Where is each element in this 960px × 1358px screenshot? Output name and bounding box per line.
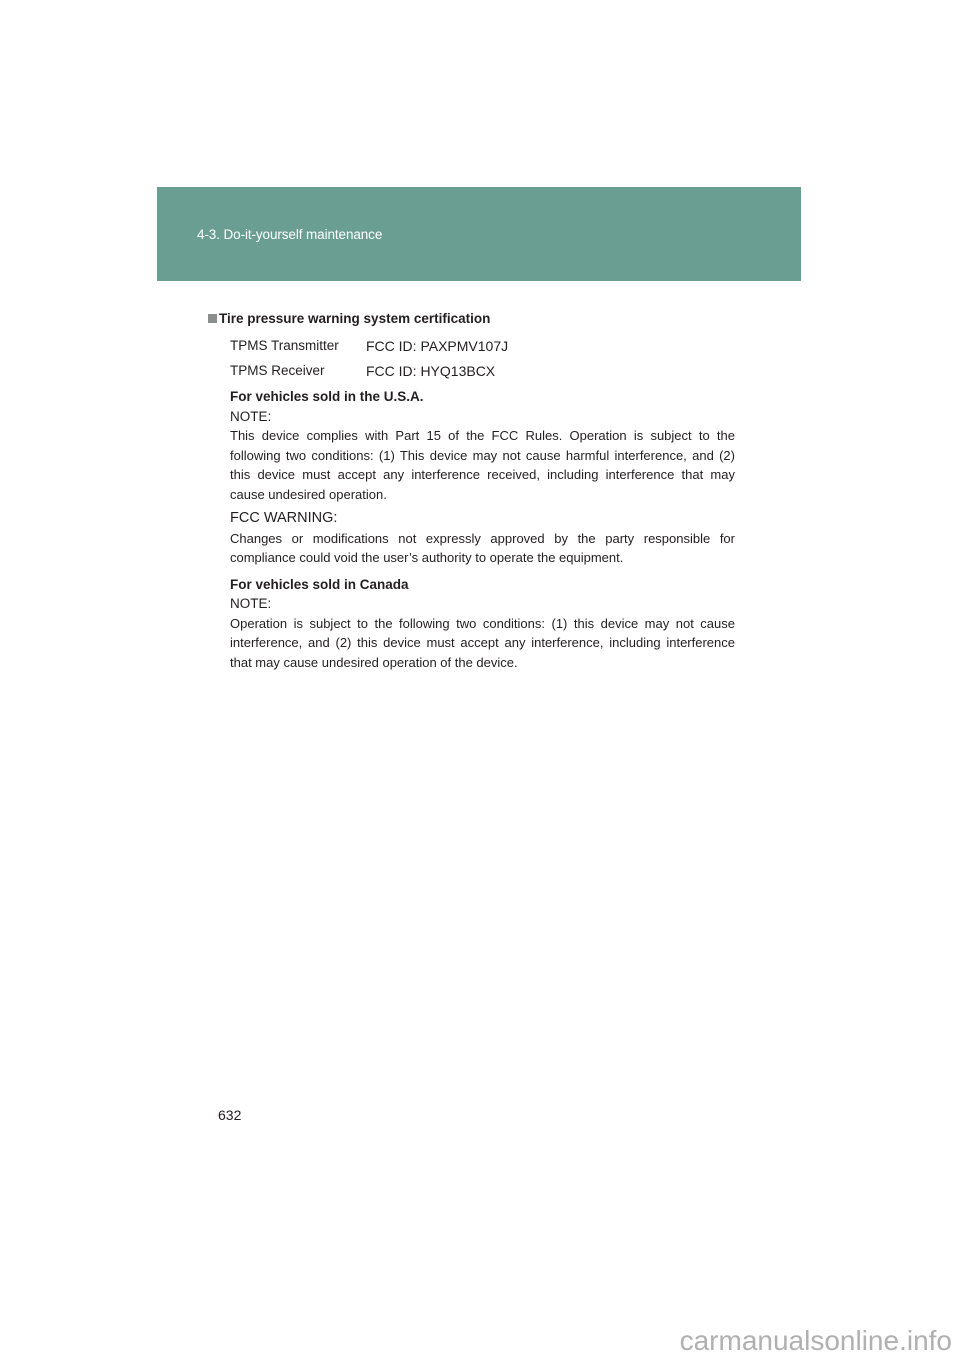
section-title: 4-3. Do-it-yourself maintenance (197, 227, 382, 242)
canada-note-label: NOTE: (230, 594, 735, 614)
page-number: 632 (218, 1107, 241, 1123)
section-header-band: 4-3. Do-it-yourself maintenance (157, 187, 801, 281)
cert-value: FCC ID: HYQ13BCX (366, 362, 495, 380)
fcc-warning-text: Changes or modifications not expressly a… (230, 529, 735, 568)
cert-row-transmitter: TPMS Transmitter FCC ID: PAXPMV107J (219, 337, 735, 355)
cert-label: TPMS Transmitter (230, 337, 366, 355)
canada-block: For vehicles sold in Canada NOTE: Operat… (219, 575, 735, 673)
page-content: Tire pressure warning system certificati… (219, 310, 735, 672)
usa-note-label: NOTE: (230, 407, 735, 427)
usa-block: For vehicles sold in the U.S.A. NOTE: Th… (219, 387, 735, 568)
square-bullet-icon (208, 314, 217, 323)
watermark: carmanualsonline.info (680, 1325, 952, 1357)
fcc-warning-label: FCC WARNING: (230, 509, 735, 529)
section-heading: Tire pressure warning system certificati… (219, 310, 735, 330)
canada-title: For vehicles sold in Canada (230, 575, 735, 595)
usa-note-text: This device complies with Part 15 of the… (230, 426, 735, 504)
cert-value: FCC ID: PAXPMV107J (366, 337, 508, 355)
canada-note-text: Operation is subject to the following tw… (230, 614, 735, 673)
heading-text: Tire pressure warning system certificati… (219, 311, 490, 326)
cert-label: TPMS Receiver (230, 362, 366, 380)
cert-row-receiver: TPMS Receiver FCC ID: HYQ13BCX (219, 362, 735, 380)
usa-title: For vehicles sold in the U.S.A. (230, 387, 735, 407)
